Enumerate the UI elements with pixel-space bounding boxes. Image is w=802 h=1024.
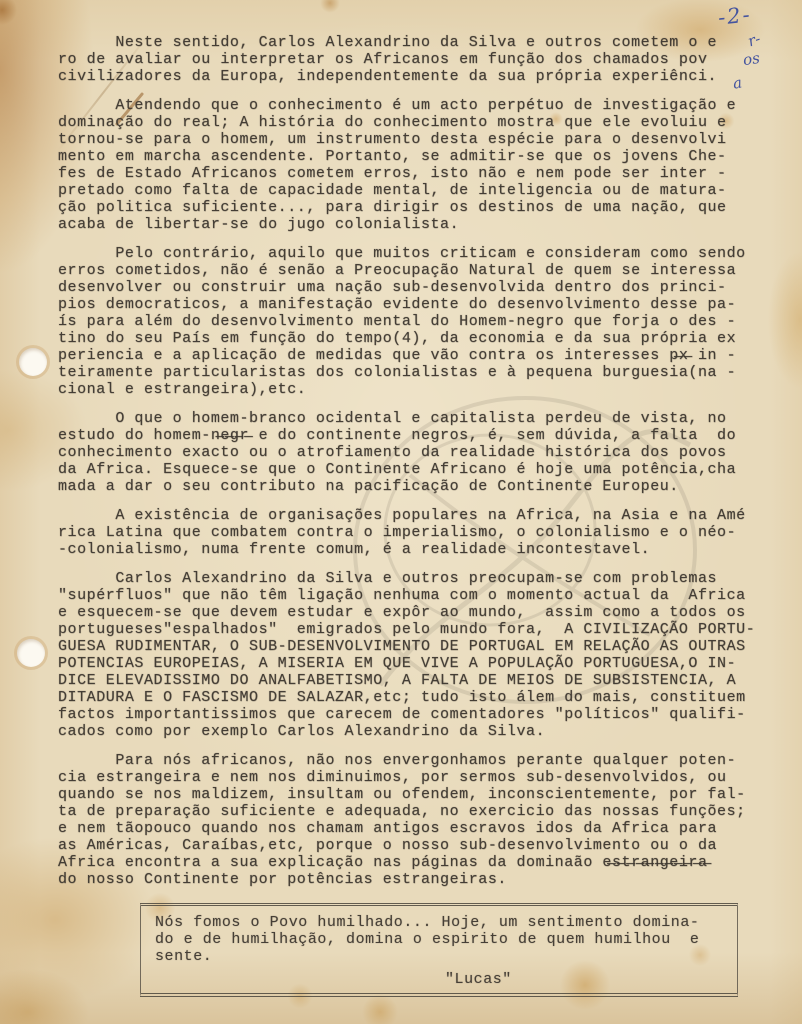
paragraph-2: Atendendo que o conhecimento é um acto p…	[58, 97, 772, 233]
paragraph-6: Carlos Alexandrino da Silva e outros pre…	[58, 570, 772, 740]
paragraph-3: Pelo contrário, aquilo que muitos critic…	[58, 245, 772, 398]
document-page: -2- r- os a Neste sentido, Carlos Alexan…	[0, 0, 802, 1024]
page-number-handwritten: -2-	[717, 2, 753, 29]
paragraph-1: Neste sentido, Carlos Alexandrino da Sil…	[58, 34, 772, 85]
typewritten-text: Neste sentido, Carlos Alexandrino da Sil…	[58, 34, 772, 900]
quote-text: Nós fomos o Povo humilhado... Hoje, um s…	[155, 914, 727, 965]
punch-hole	[17, 639, 45, 667]
paragraph-5: A existência de organisações populares n…	[58, 507, 772, 558]
paragraph-7: Para nós africanos, não nos envergonhamo…	[58, 752, 772, 888]
quote-box: Nós fomos o Povo humilhado... Hoje, um s…	[140, 903, 738, 997]
paragraph-4: O que o homem-branco ocidental e capital…	[58, 410, 772, 495]
quote-signature: "Lucas"	[445, 971, 727, 988]
punch-hole	[19, 348, 47, 376]
